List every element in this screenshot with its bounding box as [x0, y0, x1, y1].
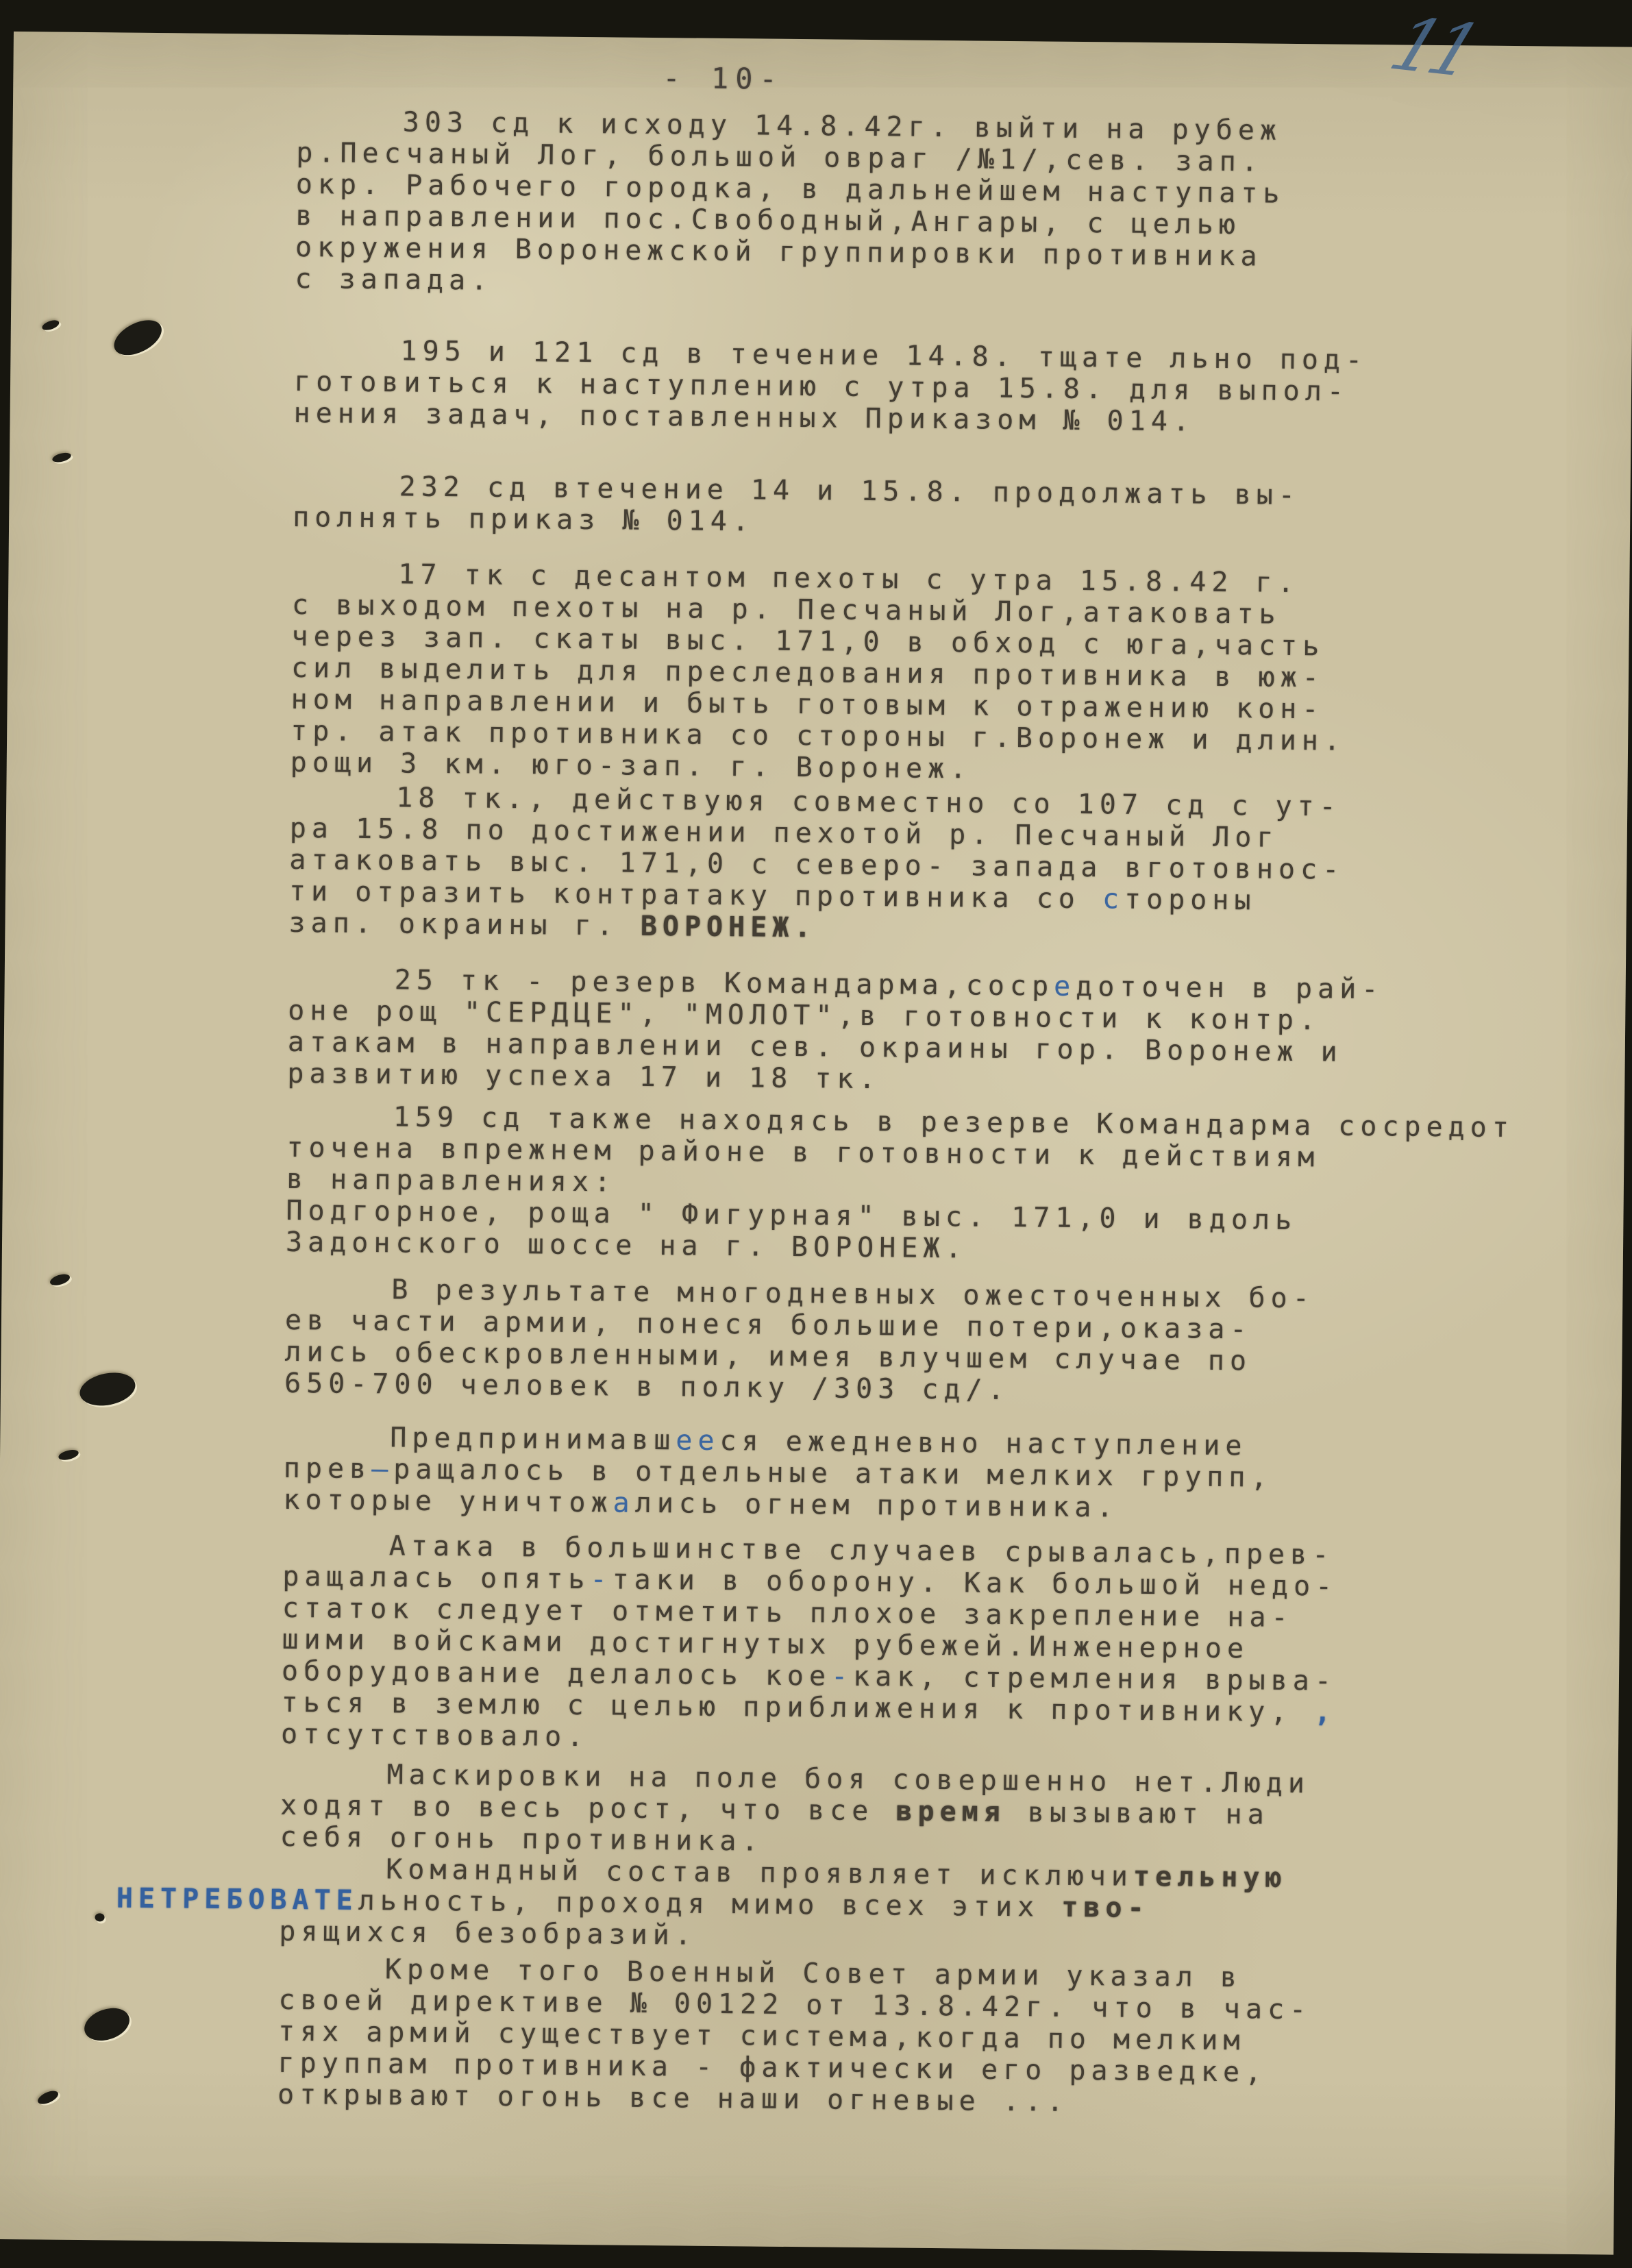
paragraph: 195 и 121 сд в течение 14.8. тщате льно …: [293, 334, 1521, 441]
typed-text: зап. окраины г.: [288, 907, 641, 942]
typed-text: в направлениях:: [286, 1163, 617, 1198]
page-number: - 10-: [663, 61, 784, 96]
typed-text: с запада.: [295, 263, 493, 297]
document-body: 303 сд к исходу 14.8.42г. выйти на рубеж…: [277, 106, 1524, 2122]
paragraph: Предпринимавшееся ежедневно наступлениеп…: [283, 1421, 1511, 1527]
paper-hole: [95, 1913, 105, 1921]
paper-hole: [41, 319, 61, 332]
paragraph: 18 тк., действуюя совместно со 107 сд с …: [288, 781, 1517, 950]
paragraph: 25 тк - резерв Командарма,сосредоточен в…: [287, 963, 1516, 1101]
handwritten-correction: ,: [1292, 1697, 1337, 1729]
paragraph: 159 сд также находясь в резерве Командар…: [286, 1100, 1514, 1270]
typed-text: Предпринимавш: [390, 1422, 676, 1456]
typed-text: рощи 3 км. юго-зап. г. Воронеж.: [290, 747, 972, 785]
paragraph: В результате многодневных ожесточенных б…: [284, 1273, 1513, 1411]
paragraph: Атака в большинстве случаев срывалась,пр…: [281, 1529, 1510, 1762]
paragraph: Маскировки на поле боя совершенно нет.Лю…: [280, 1758, 1508, 1864]
typed-text: развитию успеха 17 и 18 тк.: [287, 1058, 881, 1095]
paragraph: 17 тк с десантом пехоты с утра 15.8.42 г…: [290, 558, 1520, 790]
paper-hole: [51, 451, 72, 464]
typed-text: вызывают на: [1006, 1797, 1270, 1831]
typed-text: доточен в рай-: [1076, 971, 1384, 1005]
typed-text: тороны: [1124, 884, 1257, 917]
typed-text: Задонского шоссе на г. ВОРОНЕЖ.: [286, 1227, 967, 1265]
typed-text: 650-700 человек в полку /303 сд/.: [284, 1368, 1010, 1406]
handwritten-correction: а: [613, 1487, 635, 1518]
typed-text: отсутствовало.: [281, 1718, 589, 1753]
paragraph: Командный состав проявляет исключительну…: [279, 1853, 1507, 1959]
typed-text: ращалась опять: [282, 1561, 591, 1595]
handwritten-correction: —: [371, 1453, 394, 1485]
typed-text: тво-: [1061, 1892, 1150, 1924]
typed-text: тельную: [1133, 1861, 1287, 1894]
typed-text: полнять приказ № 014.: [293, 502, 754, 537]
typed-text: оборудование делалось кое: [282, 1655, 831, 1692]
paragraph: 232 сд втечение 14 и 15.8. продолжать вы…: [293, 470, 1520, 545]
typed-text: открывают огонь все наши огневые ...: [277, 2079, 1069, 2118]
typed-text: как, стремления врыва-: [853, 1661, 1337, 1697]
document-page: - 10- 303 сд к исходу 14.8.42г. выйти на…: [0, 32, 1632, 2255]
paragraph: 303 сд к исходу 14.8.42г. выйти на рубеж…: [295, 106, 1524, 306]
handwritten-correction: НЕТРЕБОВАТЕ: [116, 1883, 358, 1916]
handwritten-correction: ее: [676, 1425, 720, 1457]
paper-hole: [58, 1448, 79, 1462]
paper-hole: [36, 2088, 60, 2107]
paper-hole: [49, 1272, 71, 1287]
typed-text: лись огнем противника.: [635, 1488, 1119, 1524]
typed-text: ся ежедневно наступление: [719, 1425, 1247, 1462]
handwritten-correction: -: [831, 1661, 854, 1692]
paragraph: Кроме того Военный Совет армии указал вс…: [277, 1953, 1506, 2122]
paper-hole: [77, 1368, 138, 1410]
typed-text: которые уничтож: [283, 1484, 613, 1519]
paper-hole: [108, 313, 167, 362]
typed-text: время: [895, 1795, 1006, 1828]
handwritten-correction: с: [1102, 883, 1125, 915]
typed-text: ВОРОНЕЖ.: [641, 911, 817, 944]
handwritten-correction: -: [590, 1564, 613, 1595]
typed-text: прев: [284, 1453, 372, 1485]
handwritten-correction: е: [1054, 971, 1076, 1002]
paper-hole: [80, 2002, 134, 2046]
typed-text: рящихся безобразий.: [279, 1916, 697, 1951]
typed-text: себя огонь противника.: [280, 1821, 764, 1858]
